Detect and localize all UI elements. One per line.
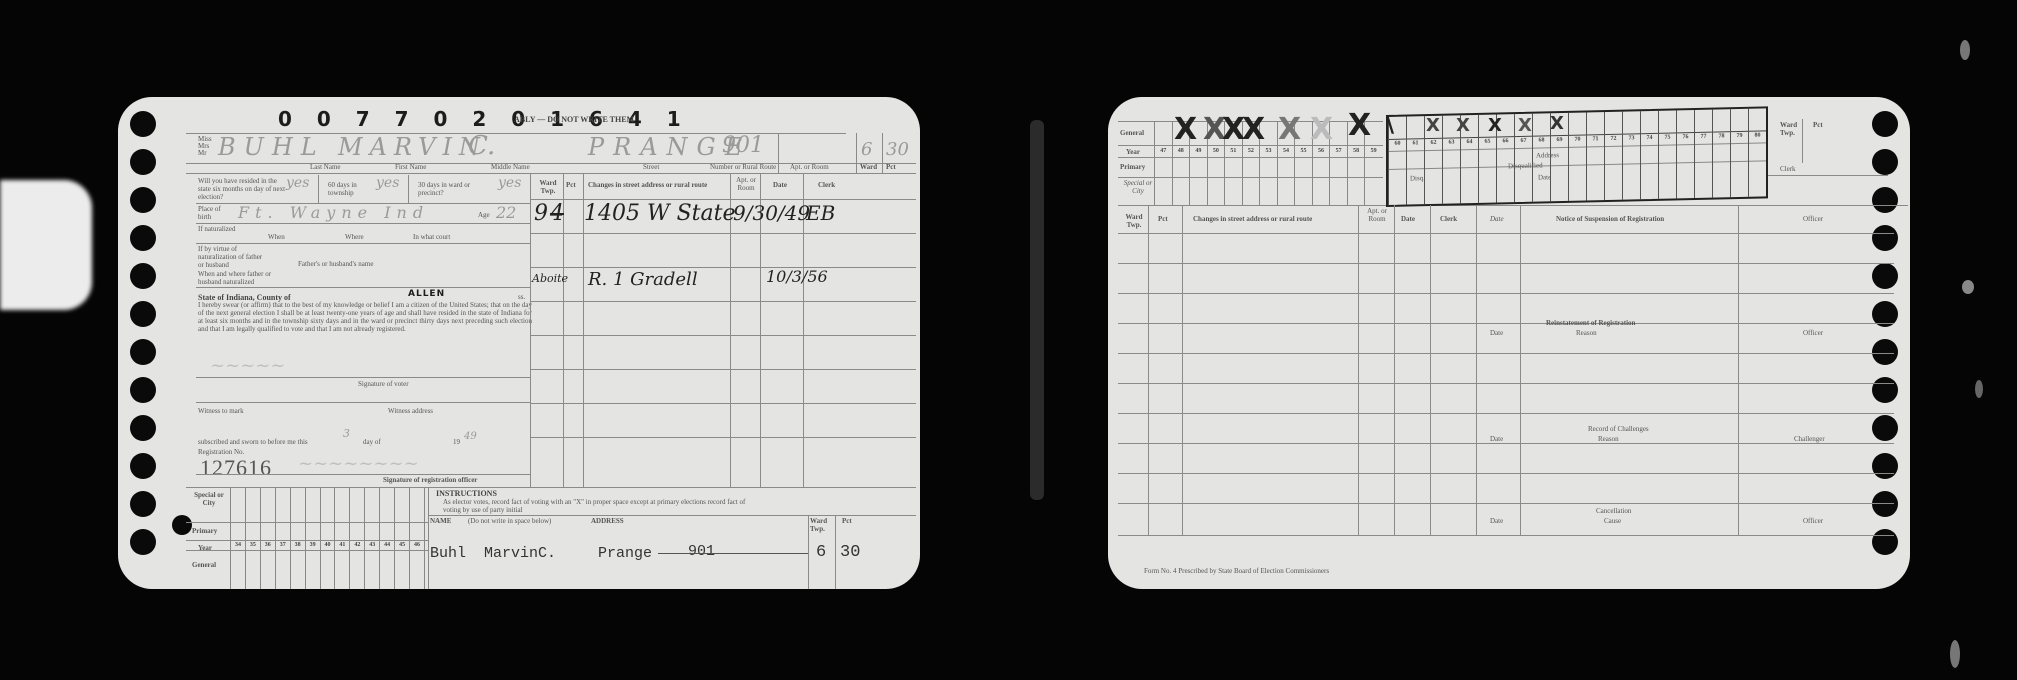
col-ward-twp: Ward Twp.	[534, 179, 562, 195]
label-middle-name: Middle Name	[491, 163, 530, 171]
vote-mark: X	[1348, 111, 1371, 141]
label-ward-residence: 30 days in ward or precinct?	[418, 181, 488, 197]
punch-hole	[130, 415, 156, 441]
vote-mark: \	[1386, 111, 1394, 141]
label-primary-back: Primary	[1120, 163, 1145, 171]
label-subscribed: subscribed and sworn to before me this	[198, 438, 308, 446]
scanner-glare	[0, 180, 92, 310]
col-apt: Apt. or Room	[732, 176, 760, 192]
label-naturalized-where: Where	[345, 233, 364, 241]
film-edge-noise	[1030, 120, 1044, 500]
salutation-mr: Mr	[198, 149, 207, 157]
subscribed-day-value: 3	[343, 427, 350, 440]
punch-hole	[130, 149, 156, 175]
typed-name: Buhl MarvinC.	[430, 545, 556, 562]
label-parent-naturalization: If by virtue of naturalization of father…	[198, 245, 268, 269]
label-special-city: Special or City	[192, 491, 226, 507]
label-challenge-reason: Reason	[1598, 435, 1619, 443]
vote-mark: X	[1174, 115, 1197, 145]
punch-hole	[1872, 491, 1898, 517]
typed-number: 901	[688, 543, 715, 560]
township-residence-value: yes	[376, 175, 399, 191]
label-reinstatement-officer: Officer	[1803, 329, 1823, 337]
oath-text: I hereby swear (or affirm) that to the b…	[198, 301, 532, 333]
label-primary: Primary	[192, 527, 217, 535]
label-reinstatement-date: Date	[1490, 329, 1503, 337]
county-value: ALLEN	[408, 289, 445, 299]
col-date: Date	[773, 181, 787, 189]
suspension-title: Notice of Suspension of Registration	[1556, 215, 1664, 223]
label-pct-back: Pct	[1813, 121, 1823, 129]
grid-note-date: Date	[1538, 173, 1551, 181]
row1-address: 1405 W State	[584, 201, 735, 226]
row1-pct: 4	[550, 201, 564, 226]
punch-hole	[172, 515, 192, 535]
label-father-naturalized-when-where: When and where father or husband natural…	[198, 270, 278, 286]
label-street: Street	[643, 163, 659, 171]
subscribed-year-value: 49	[464, 431, 477, 442]
label-ward: Ward	[860, 163, 877, 171]
label-age: Age	[478, 211, 490, 219]
voter-signature: ~~~~~	[210, 355, 285, 376]
house-number-value: 901	[722, 133, 764, 158]
film-speck	[1960, 40, 1970, 60]
punch-hole	[130, 377, 156, 403]
punch-hole	[130, 263, 156, 289]
punch-hole	[130, 225, 156, 251]
voting-record-front: 34 35 36 37 38 39 40 41 42 43 44 45 46	[230, 487, 425, 589]
film-speck	[1950, 640, 1960, 668]
label-if-naturalized: If naturalized	[198, 225, 238, 233]
vote-mark: X	[1518, 111, 1532, 141]
registration-card-back: General Year Primary Special or City 47 …	[1108, 97, 1910, 589]
row2-address: R. 1 Gradell	[588, 269, 698, 290]
label-officer-signature: Signature of registration officer	[383, 476, 477, 484]
punch-hole	[130, 529, 156, 555]
col-pct: Pct	[566, 181, 576, 189]
punch-hole	[1872, 377, 1898, 403]
label-pct-bottom: Pct	[842, 517, 852, 525]
age-value: 22	[496, 203, 516, 222]
label-apt: Apt. or Room	[790, 163, 829, 171]
row2-ward: Aboite	[532, 272, 568, 285]
label-ss: ss.	[518, 293, 525, 301]
first-name-value: MARVIN	[338, 133, 487, 161]
row2-date: 10/3/56	[766, 267, 828, 286]
punch-hole	[130, 187, 156, 213]
film-speck	[1975, 380, 1983, 398]
typed-pct: 30	[840, 543, 860, 562]
challenges-title: Record of Challenges	[1588, 425, 1649, 433]
place-of-birth-value: Ft. Wayne Ind	[238, 203, 429, 222]
col-date-back: Date	[1401, 215, 1415, 223]
label-general: General	[192, 561, 216, 569]
vote-mark: X	[1488, 111, 1502, 141]
row1-ward: 9	[534, 201, 548, 226]
label-address: ADDRESS	[591, 517, 624, 525]
voting-record-right: 60 61 62 63 64 65 66 67 68 69 70 71 72 7…	[1386, 106, 1768, 207]
row1-date: 9/30/49	[733, 201, 810, 225]
punch-hole	[1872, 339, 1898, 365]
label-place-of-birth: Place of birth	[198, 205, 228, 221]
punch-hole	[130, 301, 156, 327]
vote-mark: X	[1550, 109, 1564, 139]
form-footer: Form No. 4 Prescribed by State Board of …	[1144, 567, 1329, 575]
label-ward-twp-back: Ward Twp.	[1780, 121, 1802, 137]
cancellation-title: Cancellation	[1596, 507, 1631, 515]
label-day-of: day of	[363, 438, 381, 446]
vote-mark: X	[1242, 115, 1265, 145]
col-address-change: Changes in street address or rural route	[588, 181, 707, 189]
middle-name-value: C.	[468, 131, 495, 161]
label-cancellation-cause: Cause	[1604, 517, 1621, 525]
label-signature-of-voter: Signature of voter	[358, 380, 409, 388]
punch-hole	[1872, 529, 1898, 555]
label-suspension-officer: Officer	[1803, 215, 1823, 223]
label-cancellation-date: Date	[1490, 517, 1503, 525]
label-father-husband-name: Father's or husband's name	[298, 260, 373, 268]
label-pct: Pct	[886, 163, 896, 171]
typed-ward: 6	[816, 543, 826, 562]
label-reinstatement-reason: Reason	[1576, 329, 1597, 337]
ward-residence-value: yes	[498, 175, 521, 191]
label-challenger: Challenger	[1794, 435, 1825, 443]
label-year-back: Year	[1126, 148, 1140, 156]
col-pct-back: Pct	[1158, 215, 1168, 223]
label-number: Number or Rural Route	[710, 163, 776, 171]
ward-value: 6	[861, 139, 872, 160]
punch-hole	[1872, 149, 1898, 175]
punch-hole	[1872, 415, 1898, 441]
grid-note-disqualified: Disqualified	[1508, 161, 1543, 170]
label-suspension-date: Date	[1490, 215, 1504, 223]
label-year: 19	[453, 438, 460, 446]
label-naturalized-when: When	[268, 233, 285, 241]
label-state-residence: Will you have resided in the state six m…	[198, 177, 288, 201]
grid-note-disq: Disq.	[1410, 174, 1425, 182]
film-speck	[1962, 280, 1974, 294]
vote-mark: X	[1426, 111, 1440, 141]
instructions-text: As elector votes, record fact of voting …	[443, 498, 763, 514]
label-witness-address: Witness address	[388, 407, 433, 415]
punch-hole	[130, 339, 156, 365]
col-ward-twp-back: Ward Twp.	[1120, 213, 1148, 229]
grid-note-address: Address	[1536, 151, 1559, 160]
punch-hole	[130, 111, 156, 137]
punch-hole	[1872, 263, 1898, 289]
label-special-city-back: Special or City	[1120, 179, 1156, 195]
punch-hole	[130, 453, 156, 479]
label-challenge-date: Date	[1490, 435, 1503, 443]
label-township-residence: 60 days in township	[328, 181, 378, 197]
label-witness-to-mark: Witness to mark	[198, 407, 244, 415]
vote-mark: X	[1278, 115, 1301, 145]
col-address-change-back: Changes in street address or rural route	[1193, 215, 1312, 223]
state-residence-value: yes	[286, 175, 309, 191]
punch-hole	[1872, 111, 1898, 137]
label-clerk-back: Clerk	[1780, 165, 1796, 173]
vote-mark: X	[1456, 111, 1470, 141]
instructions-title: INSTRUCTIONS	[436, 489, 497, 498]
punch-hole	[1872, 453, 1898, 479]
label-naturalized-court: In what court	[413, 233, 450, 241]
col-apt-back: Apt. or Room	[1362, 207, 1392, 223]
label-cancellation-officer: Officer	[1803, 517, 1823, 525]
header-notice: ABLY — DO NOT WRITE THEM	[514, 115, 634, 124]
label-general-back: General	[1120, 129, 1144, 137]
label-do-not-write: (Do not write in space below)	[468, 517, 551, 525]
col-clerk: Clerk	[818, 181, 835, 189]
row1-clerk: EB	[806, 201, 835, 225]
punch-hole	[1872, 187, 1898, 213]
registration-card-front: 0 0 7 7 0 2 0 1 6 4 1 ABLY — DO NOT WRIT…	[118, 97, 920, 589]
label-first-name: First Name	[395, 163, 426, 171]
punch-hole	[1872, 225, 1898, 251]
registration-number: 127616	[200, 455, 272, 481]
label-last-name: Last Name	[310, 163, 341, 171]
typed-street: Prange	[598, 545, 652, 562]
vote-mark: X	[1310, 115, 1333, 145]
col-clerk-back: Clerk	[1440, 215, 1457, 223]
label-name: NAME	[430, 517, 451, 525]
officer-signature: ~~~~~~~~	[298, 453, 419, 474]
reinstatement-title: Reinstatement of Registration	[1546, 319, 1635, 327]
label-ward-twp: Ward Twp.	[810, 517, 834, 533]
pct-value: 30	[886, 139, 909, 160]
last-name-value: BUHL	[218, 133, 325, 161]
punch-hole	[130, 491, 156, 517]
